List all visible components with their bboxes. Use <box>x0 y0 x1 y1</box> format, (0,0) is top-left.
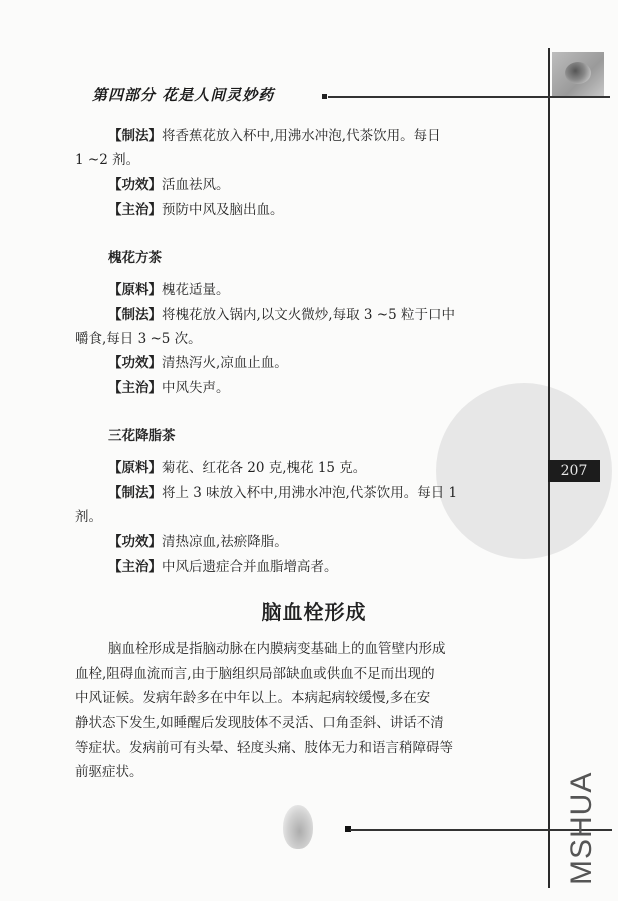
field-label: 【功效】 <box>108 355 162 371</box>
field-text: 中风失声。 <box>162 380 230 396</box>
field-text: 清热凉血,祛瘀降脂。 <box>162 534 288 550</box>
paragraph-line: 静状态下发生,如睡醒后发现肢体不灵活、口角歪斜、讲话不清 <box>75 711 444 731</box>
paragraph-line: 等症状。发病前可有头晕、轻度头痛、肢体无力和语言稍障碍等 <box>75 736 453 756</box>
field-label: 【功效】 <box>108 177 162 193</box>
field-text: 中风后遗症合并血脂增高者。 <box>162 559 338 575</box>
flower-swirl-icon <box>552 52 604 96</box>
field-label: 【主治】 <box>108 380 162 396</box>
field-label: 【制法】 <box>108 307 162 323</box>
recipe-line: 【制法】将香蕉花放入杯中,用沸水冲泡,代茶饮用。每日 <box>108 124 441 144</box>
field-label: 【功效】 <box>108 534 162 550</box>
field-label: 【原料】 <box>108 460 162 476</box>
recipe-line: 【主治】预防中风及脑出血。 <box>108 198 284 218</box>
field-text: 活血祛风。 <box>162 177 230 193</box>
recipe-line: 【原料】菊花、红花各 20 克,槐花 15 克。 <box>108 456 366 476</box>
field-text: 清热泻火,凉血止血。 <box>162 355 288 371</box>
field-label: 【主治】 <box>108 559 162 575</box>
watermark: MSHUA <box>565 785 595 885</box>
field-text: 1 ~2 剂。 <box>75 152 139 168</box>
header-rule <box>328 96 610 98</box>
field-text: 嚼食,每日 3 ~5 次。 <box>75 331 202 347</box>
recipe-line: 【制法】将槐花放入锅内,以文火微炒,每取 3 ~5 粒于口中 <box>108 303 455 323</box>
recipe-line: 嚼食,每日 3 ~5 次。 <box>75 327 202 347</box>
recipe-title: 槐花方茶 <box>108 246 162 266</box>
recipe-line: 剂。 <box>75 505 102 525</box>
paragraph-line: 中风证候。发病年龄多在中年以上。本病起病较缓慢,多在安 <box>75 686 430 706</box>
recipe-line: 【主治】中风失声。 <box>108 376 230 396</box>
header-rule-dot <box>322 94 327 99</box>
recipe-line: 【功效】活血祛风。 <box>108 173 230 193</box>
recipe-line: 【功效】清热凉血,祛瘀降脂。 <box>108 530 288 550</box>
paragraph-line: 脑血栓形成是指脑动脉在内膜病变基础上的血管壁内形成 <box>108 637 446 657</box>
paragraph-line: 前驱症状。 <box>75 760 143 780</box>
flower-ornament-icon <box>283 805 313 849</box>
recipe-line: 【主治】中风后遗症合并血脂增高者。 <box>108 555 338 575</box>
running-header: 第四部分 花是人间灵妙药 <box>92 84 274 105</box>
field-label: 【制法】 <box>108 485 162 501</box>
field-label: 【主治】 <box>108 202 162 218</box>
page-number: 207 <box>548 460 600 482</box>
recipe-line: 【制法】将上 3 味放入杯中,用沸水冲泡,代茶饮用。每日 1 <box>108 481 457 501</box>
field-text: 将槐花放入锅内,以文火微炒,每取 3 ~5 粒于口中 <box>162 307 455 323</box>
section-title: 脑血栓形成 <box>0 596 618 625</box>
recipe-line: 【原料】槐花适量。 <box>108 278 230 298</box>
recipe-line: 【功效】清热泻火,凉血止血。 <box>108 351 288 371</box>
paragraph-line: 血栓,阻碍血流而言,由于脑组织局部缺血或供血不足而出现的 <box>75 662 435 682</box>
field-text: 预防中风及脑出血。 <box>162 202 284 218</box>
recipe-line: 1 ~2 剂。 <box>75 148 139 168</box>
field-label: 【原料】 <box>108 282 162 298</box>
field-text: 将香蕉花放入杯中,用沸水冲泡,代茶饮用。每日 <box>162 128 441 144</box>
field-text: 槐花适量。 <box>162 282 230 298</box>
field-text: 菊花、红花各 20 克,槐花 15 克。 <box>162 460 366 476</box>
field-label: 【制法】 <box>108 128 162 144</box>
field-text: 剂。 <box>75 509 102 525</box>
recipe-title: 三花降脂茶 <box>108 424 176 444</box>
field-text: 将上 3 味放入杯中,用沸水冲泡,代茶饮用。每日 1 <box>162 485 457 501</box>
